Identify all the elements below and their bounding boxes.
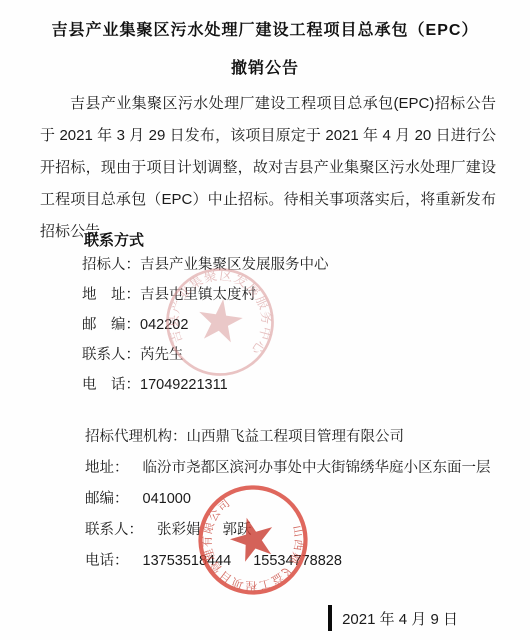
row-label: 招标代理机构： (85, 429, 187, 445)
row-label: 邮 编： (82, 317, 140, 333)
row-value: 芮先生 (140, 347, 184, 363)
agency-contact-block: 招标代理机构：山西鼎飞益工程项目管理有限公司 地址：临汾市尧都区滨河办事处中大街… (85, 422, 491, 577)
row-label: 地址： (85, 460, 129, 476)
announcement-date: 2021 年 4 月 9 日 (342, 608, 458, 629)
row-value: 042202 (140, 317, 188, 333)
row-label: 联系人： (85, 522, 143, 538)
row-value: 山西鼎飞益工程项目管理有限公司 (187, 429, 405, 445)
text-cursor-bar (328, 605, 332, 631)
row-value-2: 15534778828 (253, 553, 342, 569)
row-label: 联系人： (82, 347, 140, 363)
agency-row-contact-persons: 联系人：张彩娟郭跃 (85, 515, 491, 546)
row-value: 临汾市尧都区滨河办事处中大街锦绣华庭小区东面一层 (143, 460, 491, 476)
tenderer-contact-block: 招标人：吉县产业集聚区发展服务中心 地 址：吉县屯里镇太度村 邮 编：04220… (82, 250, 329, 400)
tenderer-row-postcode: 邮 编：042202 (82, 310, 329, 340)
row-value: 13753518444 (143, 553, 232, 569)
row-value: 17049221311 (140, 377, 228, 393)
tenderer-row-bidder: 招标人：吉县产业集聚区发展服务中心 (82, 250, 329, 280)
row-value: 吉县屯里镇太度村 (140, 287, 256, 303)
row-label: 邮编： (85, 491, 129, 507)
row-value: 041000 (143, 491, 191, 507)
document-title-line1: 吉县产业集聚区污水处理厂建设工程项目总承包（EPC） (0, 17, 530, 40)
tenderer-row-phone: 电 话：17049221311 (82, 370, 329, 400)
row-label: 电 话： (82, 377, 140, 393)
agency-row-address: 地址：临汾市尧都区滨河办事处中大街锦绣华庭小区东面一层 (85, 453, 491, 484)
row-label: 电话： (85, 553, 129, 569)
row-label: 招标人： (82, 257, 140, 273)
row-value-2: 郭跃 (223, 522, 252, 538)
row-value: 张彩娟 (157, 522, 201, 538)
document-title-line2: 撤销公告 (0, 55, 530, 78)
tenderer-row-contact-person: 联系人：芮先生 (82, 340, 329, 370)
row-value: 吉县产业集聚区发展服务中心 (140, 257, 329, 273)
row-label: 地 址： (82, 287, 140, 303)
contact-section-heading: 联系方式 (84, 229, 144, 250)
tenderer-row-address: 地 址：吉县屯里镇太度村 (82, 280, 329, 310)
agency-row-name: 招标代理机构：山西鼎飞益工程项目管理有限公司 (85, 422, 491, 453)
agency-row-postcode: 邮编：041000 (85, 484, 491, 515)
date-line: 2021 年 4 月 9 日 (328, 605, 458, 631)
announcement-document: 吉县产业集聚区污水处理厂建设工程项目总承包（EPC） 撤销公告 吉县产业集聚区污… (0, 0, 530, 640)
announcement-paragraph: 吉县产业集聚区污水处理厂建设工程项目总承包(EPC)招标公告于 2021 年 3… (40, 88, 496, 248)
agency-row-phones: 电话：1375351844415534778828 (85, 546, 491, 577)
